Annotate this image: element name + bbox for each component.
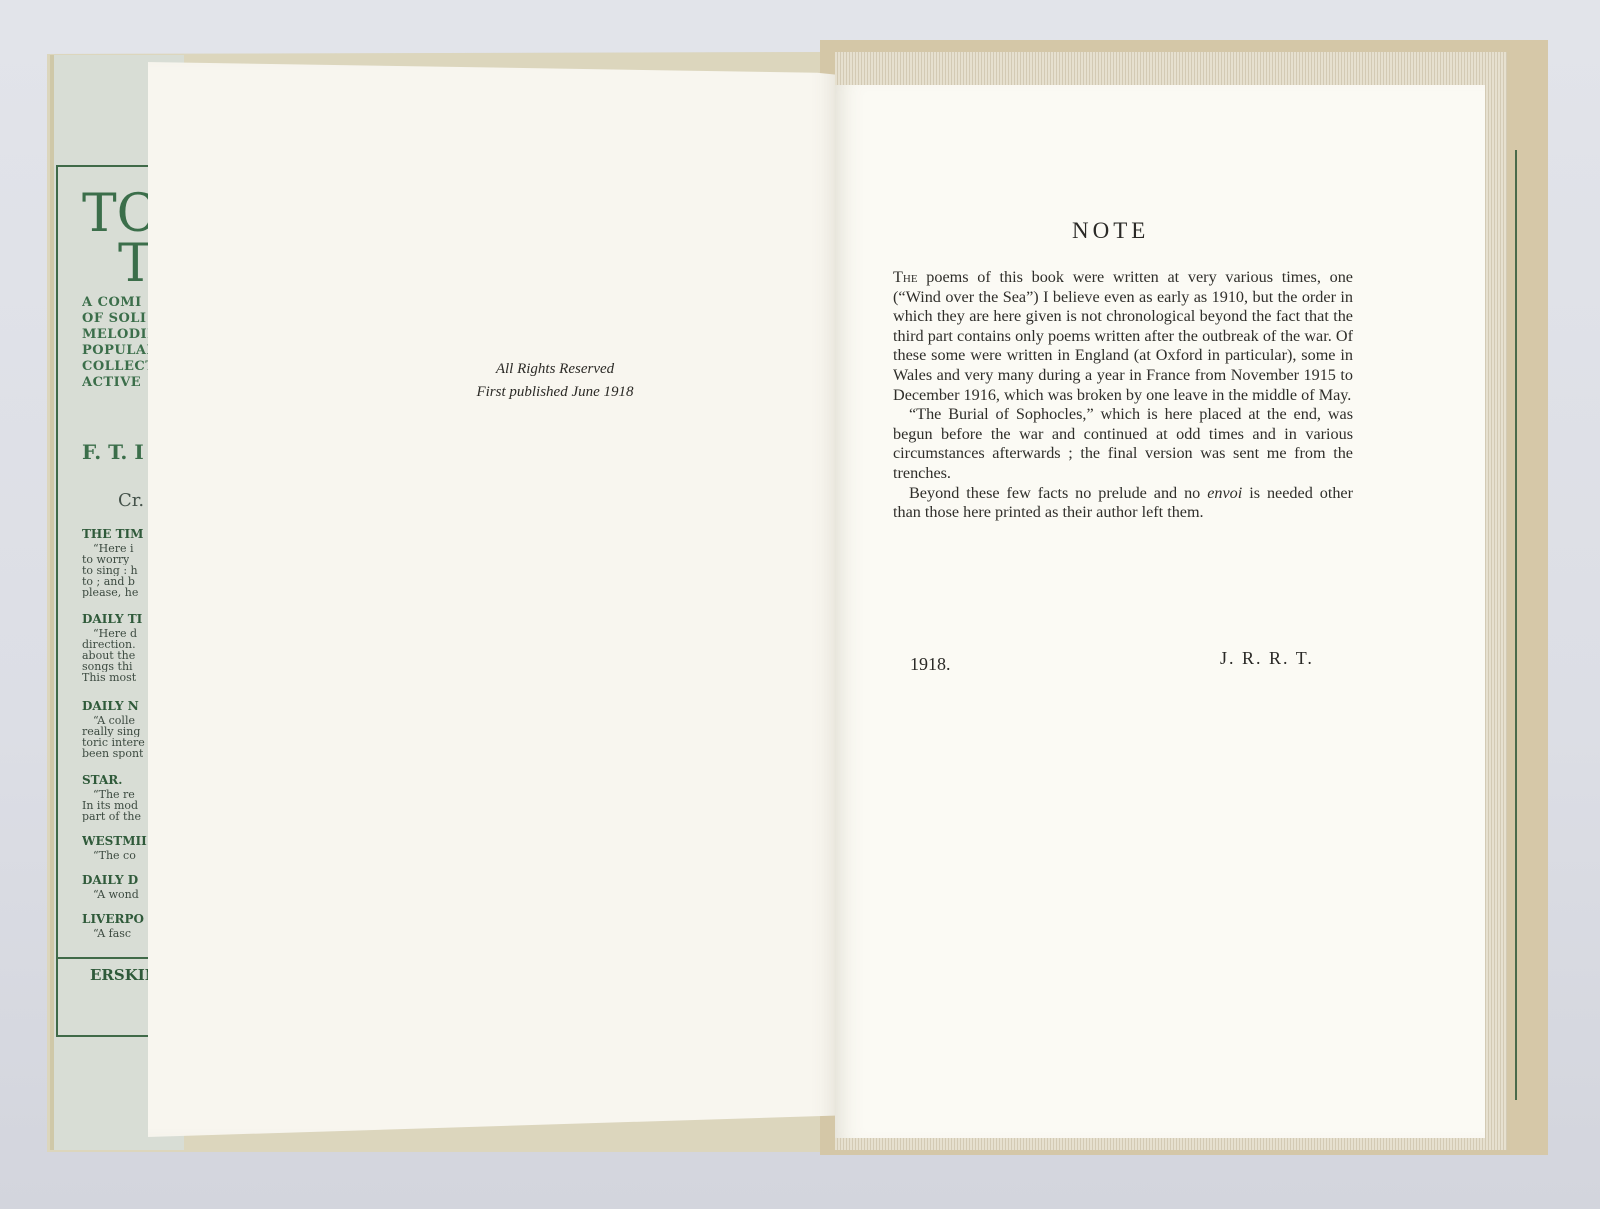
jacket-subtitle-5: COLLECT bbox=[82, 359, 155, 375]
first-published-text: First published June 1918 bbox=[420, 381, 690, 404]
jacket-subtitle-3: MELODIE bbox=[82, 327, 158, 343]
jacket-review-line: “A colle bbox=[93, 715, 135, 726]
note-signature: J. R. R. T. bbox=[1220, 648, 1314, 669]
left-page bbox=[148, 62, 838, 1137]
jacket-review-source: DAILY N bbox=[82, 699, 139, 713]
jacket-review-line: really sing bbox=[82, 726, 140, 737]
jacket-review-line: “A fasc bbox=[93, 928, 131, 939]
jacket-review-line: “A wond bbox=[93, 889, 139, 900]
note-date: 1918. bbox=[910, 654, 951, 675]
note-paragraph-2: “The Burial of Sophocles,” which is here… bbox=[893, 405, 1353, 483]
note-envoi-italic: envoi bbox=[1207, 484, 1242, 502]
jacket-review-source: STAR. bbox=[82, 773, 122, 787]
right-page bbox=[835, 85, 1485, 1138]
jacket-title-line2: T bbox=[118, 238, 153, 290]
note-lead-word: The bbox=[893, 268, 918, 286]
note-body: The poems of this book were written at v… bbox=[893, 268, 1353, 523]
jacket-review-line: to sing : h bbox=[82, 565, 138, 576]
jacket-review-line: to worry bbox=[82, 554, 129, 565]
jacket-title-line1: TC bbox=[82, 188, 156, 240]
jacket-subtitle-4: POPULAI bbox=[82, 343, 153, 359]
jacket-review-line: “The co bbox=[93, 850, 136, 861]
note-paragraph-3: Beyond these few facts no prelude and no… bbox=[893, 484, 1353, 523]
jacket-green-rule bbox=[1515, 150, 1517, 1100]
jacket-subtitle-2: OF SOLI bbox=[82, 311, 147, 327]
jacket-review-line: to ; and b bbox=[82, 576, 135, 587]
jacket-review-line: This most bbox=[82, 672, 136, 683]
jacket-price: Cr. bbox=[118, 490, 144, 511]
jacket-review-line: songs thi bbox=[82, 661, 133, 672]
jacket-review-line: part of the bbox=[82, 811, 141, 822]
jacket-subtitle-6: ACTIVE bbox=[82, 375, 141, 391]
jacket-review-line: been spont bbox=[82, 748, 143, 759]
jacket-author: F. T. I bbox=[82, 440, 144, 464]
jacket-review-line: toric intere bbox=[82, 737, 145, 748]
jacket-subtitle-1: A COMI bbox=[82, 295, 142, 311]
note-heading: NOTE bbox=[1072, 218, 1149, 244]
jacket-review-source: LIVERPO bbox=[82, 912, 144, 926]
jacket-review-line: In its mod bbox=[82, 800, 138, 811]
imprint-block: All Rights Reserved First published June… bbox=[420, 358, 690, 404]
jacket-review-line: about the bbox=[82, 650, 135, 661]
jacket-review-source: THE TIM bbox=[82, 527, 143, 541]
jacket-review-line: please, he bbox=[82, 587, 138, 598]
jacket-review-line: direction. bbox=[82, 639, 136, 650]
jacket-review-source: DAILY TI bbox=[82, 612, 142, 626]
note-paragraph-3-text: Beyond these few facts no prelude and no bbox=[909, 484, 1207, 502]
jacket-review-line: “Here d bbox=[93, 628, 137, 639]
jacket-review-source: DAILY D bbox=[82, 873, 138, 887]
jacket-review-line: “Here i bbox=[93, 543, 134, 554]
jacket-review-line: “The re bbox=[93, 789, 135, 800]
rights-reserved-text: All Rights Reserved bbox=[420, 358, 690, 381]
note-paragraph-1-text: poems of this book were written at very … bbox=[893, 268, 1353, 404]
jacket-review-source: WESTMII bbox=[82, 834, 147, 848]
note-paragraph-1: The poems of this book were written at v… bbox=[893, 268, 1353, 405]
